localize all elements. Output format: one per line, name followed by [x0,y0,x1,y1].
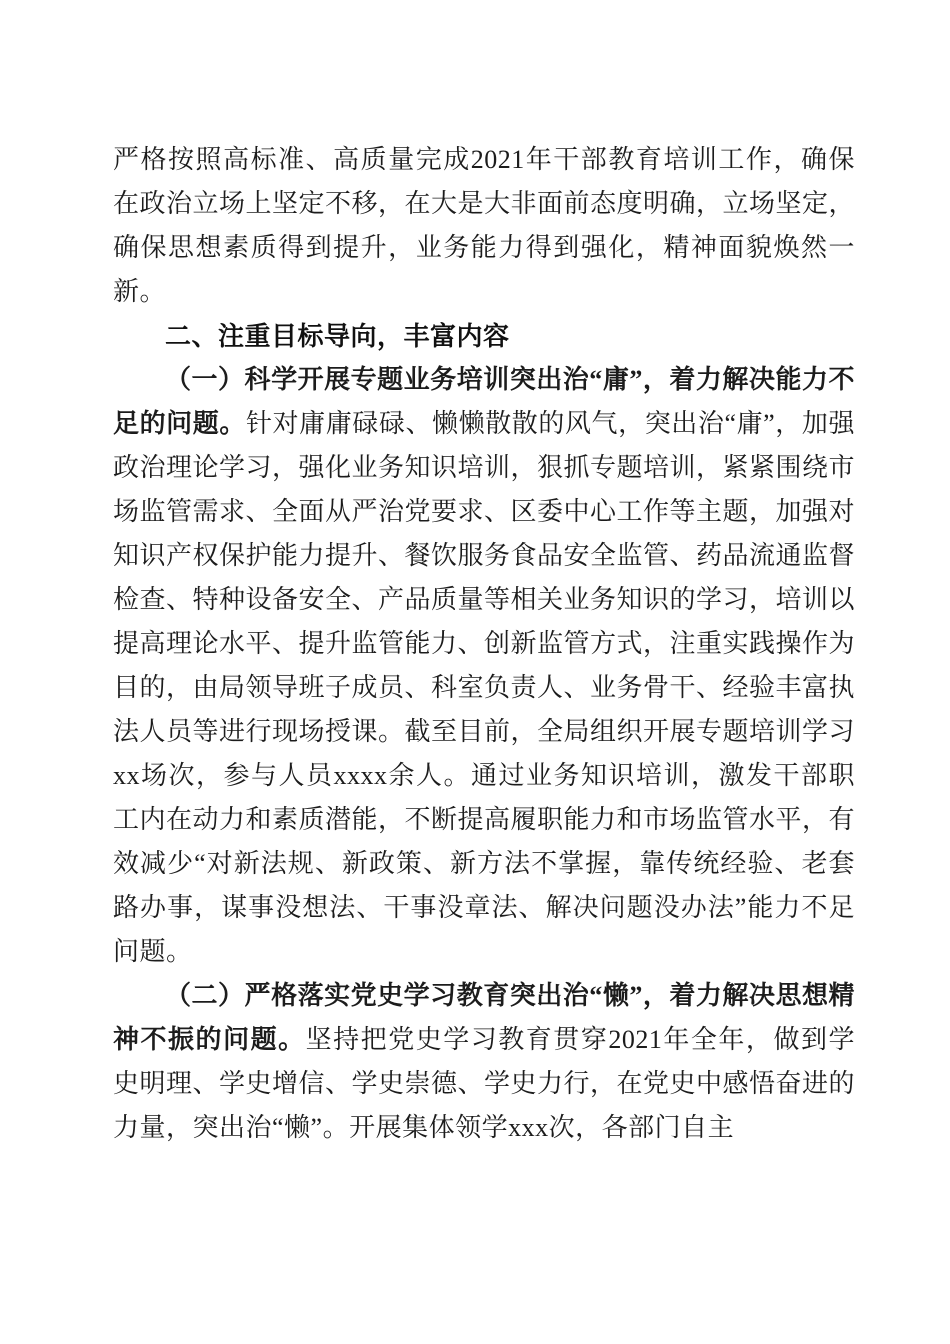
paragraph-continuation: 严格按照高标准、高质量完成2021年干部教育培训工作，确保在政治立场上坚定不移，… [113,138,855,314]
document-page: 严格按照高标准、高质量完成2021年干部教育培训工作，确保在政治立场上坚定不移，… [0,0,950,1344]
paragraph-item-2: （二）严格落实党史学习教育突出治“懒”，着力解决思想精神不振的问题。坚持把党史学… [113,974,855,1150]
document-text-block: 严格按照高标准、高质量完成2021年干部教育培训工作，确保在政治立场上坚定不移，… [113,138,855,1150]
item-1-body-text: 针对庸庸碌碌、懒懒散散的风气，突出治“庸”，加强政治理论学习，强化业务知识培训，… [113,409,855,966]
paragraph-item-1: （一）科学开展专题业务培训突出治“庸”，着力解决能力不足的问题。针对庸庸碌碌、懒… [113,358,855,974]
section-heading: 二、注重目标导向，丰富内容 [113,314,855,358]
